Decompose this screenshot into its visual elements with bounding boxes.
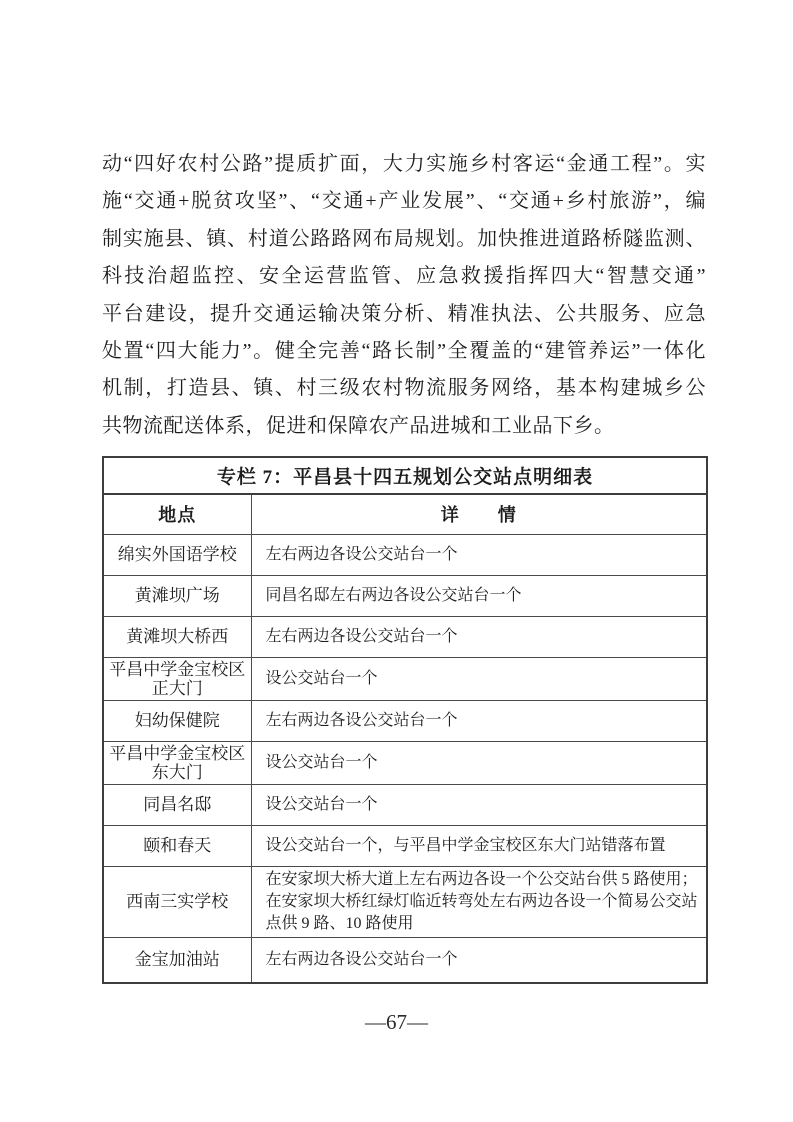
paragraph-line: 平台建设，提升交通运输决策分析、精准执法、公共服务、应急 (102, 296, 706, 333)
table-row: 颐和春天设公交站台一个，与平昌中学金宝校区东大门站错落布置 (103, 825, 707, 866)
location-cell: 平昌中学金宝校区 东大门 (103, 741, 251, 784)
table-title-row: 专栏 7：平昌县十四五规划公交站点明细表 (103, 457, 707, 494)
location-cell: 黄滩坝广场 (103, 575, 251, 616)
paragraph-line: 机制，打造县、镇、村三级农村物流服务网络，基本构建城乡公 (102, 370, 706, 407)
table-row: 妇幼保健院左右两边各设公交站台一个 (103, 700, 707, 741)
table-header-row: 地点 详 情 (103, 494, 707, 534)
body-paragraph: 动“四好农村公路”提质扩面，大力实施乡村客运“金通工程”。实施“交通+脱贫攻坚”… (102, 146, 706, 445)
location-cell: 平昌中学金宝校区 正大门 (103, 657, 251, 700)
detail-cell: 设公交站台一个 (251, 741, 707, 784)
detail-cell: 左右两边各设公交站台一个 (251, 534, 707, 575)
paragraph-line: 处置“四大能力”。健全完善“路长制”全覆盖的“建管养运”一体化 (102, 333, 706, 370)
location-cell: 金宝加油站 (103, 937, 251, 983)
location-cell: 颐和春天 (103, 825, 251, 866)
table-title: 专栏 7：平昌县十四五规划公交站点明细表 (103, 457, 707, 494)
detail-cell: 左右两边各设公交站台一个 (251, 700, 707, 741)
location-cell: 西南三实学校 (103, 866, 251, 937)
table-row: 平昌中学金宝校区 正大门设公交站台一个 (103, 657, 707, 700)
bus-stop-table: 专栏 7：平昌县十四五规划公交站点明细表 地点 详 情 绵实外国语学校左右两边各… (102, 456, 708, 984)
detail-cell: 同昌名邸左右两边各设公交站台一个 (251, 575, 707, 616)
table-row: 黄滩坝广场同昌名邸左右两边各设公交站台一个 (103, 575, 707, 616)
detail-cell: 设公交站台一个 (251, 657, 707, 700)
paragraph-line: 共物流配送体系，促进和保障农产品进城和工业品下乡。 (102, 408, 706, 445)
location-cell: 同昌名邸 (103, 784, 251, 825)
detail-cell: 设公交站台一个 (251, 784, 707, 825)
detail-cell: 设公交站台一个，与平昌中学金宝校区东大门站错落布置 (251, 825, 707, 866)
document-page: 动“四好农村公路”提质扩面，大力实施乡村客运“金通工程”。实施“交通+脱贫攻坚”… (0, 0, 793, 1122)
location-cell: 妇幼保健院 (103, 700, 251, 741)
paragraph-line: 动“四好农村公路”提质扩面，大力实施乡村客运“金通工程”。实 (102, 146, 706, 183)
table-row: 绵实外国语学校左右两边各设公交站台一个 (103, 534, 707, 575)
table-row: 黄滩坝大桥西左右两边各设公交站台一个 (103, 616, 707, 657)
table-row: 西南三实学校在安家坝大桥大道上左右两边各设一个公交站台供 5 路使用；在安家坝大… (103, 866, 707, 937)
detail-cell: 在安家坝大桥大道上左右两边各设一个公交站台供 5 路使用；在安家坝大桥红绿灯临近… (251, 866, 707, 937)
location-cell: 黄滩坝大桥西 (103, 616, 251, 657)
location-cell: 绵实外国语学校 (103, 534, 251, 575)
detail-cell: 左右两边各设公交站台一个 (251, 937, 707, 983)
page-number: —67— (0, 1010, 793, 1035)
table-row: 平昌中学金宝校区 东大门设公交站台一个 (103, 741, 707, 784)
paragraph-line: 施“交通+脱贫攻坚”、“交通+产业发展”、“交通+乡村旅游”，编 (102, 183, 706, 220)
table-row: 金宝加油站左右两边各设公交站台一个 (103, 937, 707, 983)
column-header-location: 地点 (103, 494, 251, 534)
paragraph-line: 科技治超监控、安全运营监管、应急救援指挥四大“智慧交通” (102, 258, 706, 295)
paragraph-line: 制实施县、镇、村道公路路网布局规划。加快推进道路桥隧监测、 (102, 221, 706, 258)
table-row: 同昌名邸设公交站台一个 (103, 784, 707, 825)
column-header-detail: 详 情 (251, 494, 707, 534)
detail-cell: 左右两边各设公交站台一个 (251, 616, 707, 657)
